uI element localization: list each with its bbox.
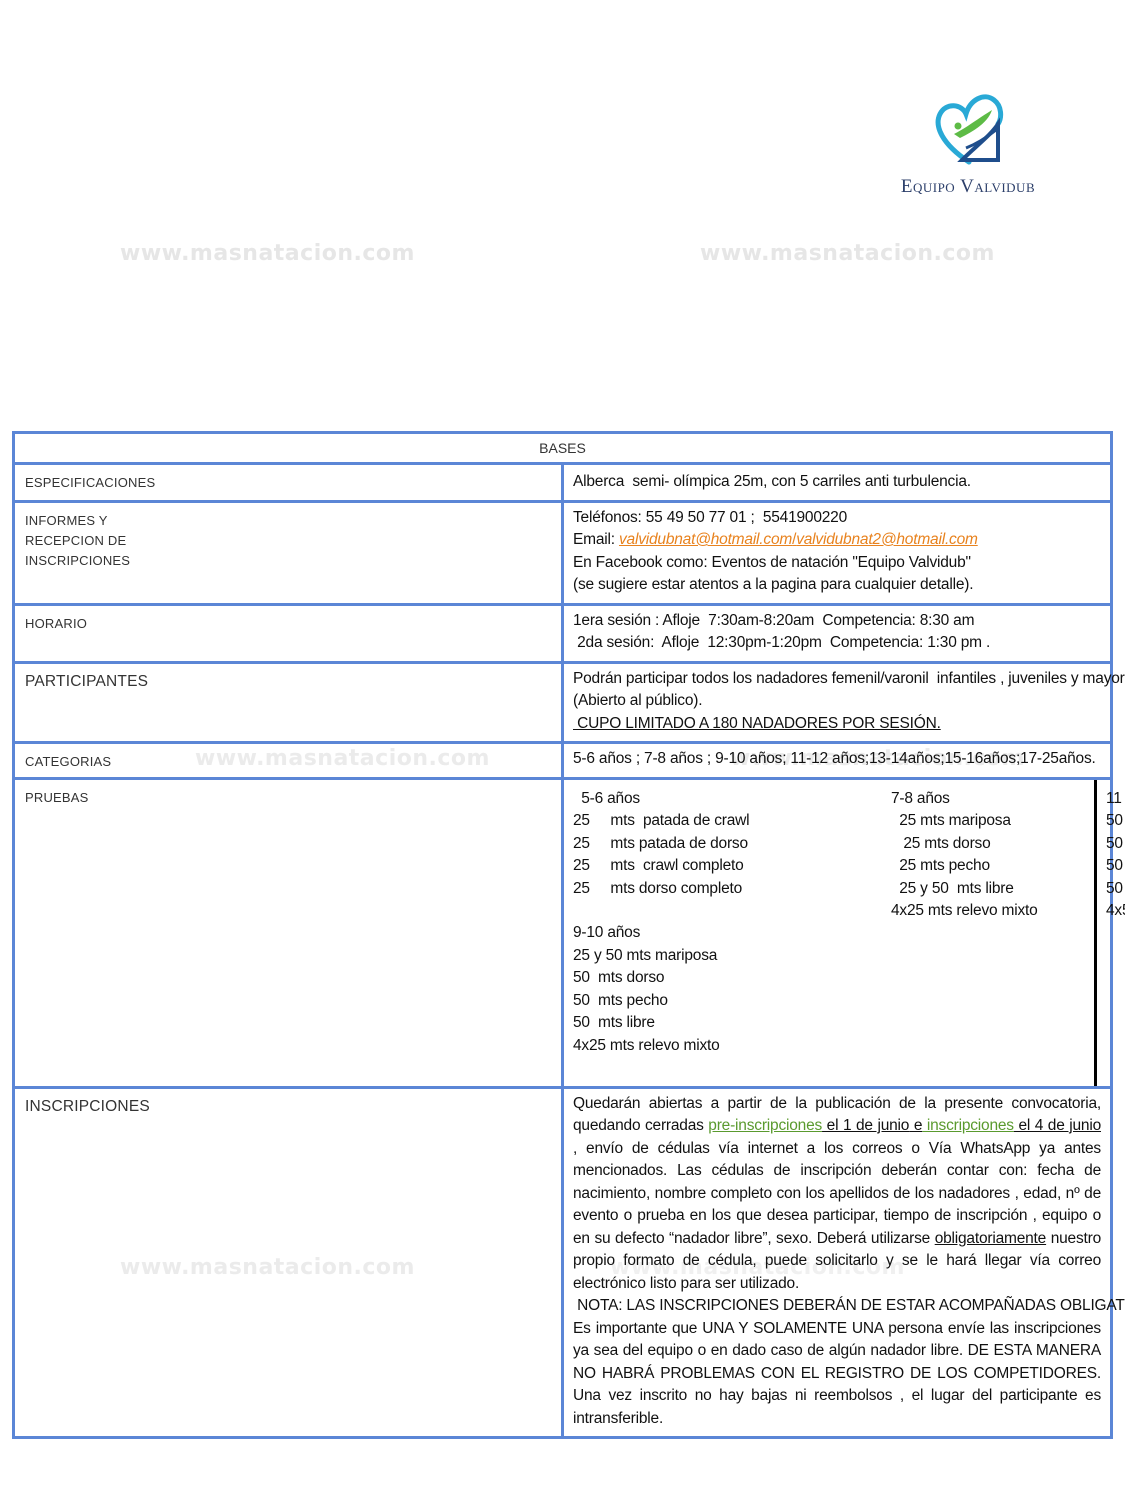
group-title: 5-6 años — [573, 788, 749, 811]
inscripciones-paragraph: Quedarán abiertas a partir de la publica… — [573, 1093, 1101, 1296]
participantes-line-2: (Abierto al público). — [573, 690, 1101, 713]
pruebas-grid: 5-6 años 25 mts patada de crawl 25 mts p… — [573, 784, 1101, 1080]
row-content: Alberca semi- olímpica 25m, con 5 carril… — [563, 464, 1112, 502]
event-item: 50 mts dorso — [573, 967, 749, 990]
row-content: 5-6 años 25 mts patada de crawl 25 mts p… — [563, 778, 1112, 1087]
table-row-inscripciones: INSCRIPCIONES Quedarán abiertas a partir… — [14, 1087, 1112, 1438]
group-title: 9-10 años — [573, 922, 749, 945]
event-item: 50 mts mariposa — [1106, 810, 1125, 833]
row-label: PRUEBAS — [14, 778, 563, 1087]
obligatoriamente: obligatoriamente — [935, 1230, 1046, 1247]
row-content: Teléfonos: 55 49 50 77 01 ; 5541900220 E… — [563, 501, 1112, 604]
row-label: CATEGORIAS — [14, 743, 563, 779]
pruebas-column: 7-8 años 25 mts mariposa 25 mts dorso 25… — [891, 788, 1038, 923]
fecha-cierre-pre: el 1 de junio — [822, 1117, 909, 1134]
phones-text: Teléfonos: 55 49 50 77 01 ; 5541900220 — [573, 507, 1101, 530]
column-divider — [1094, 780, 1097, 1086]
informes-note: (se sugiere estar atentos a la pagina pa… — [573, 574, 1101, 597]
email-label: Email: — [573, 531, 619, 548]
participantes-line-1: Podrán participar todos los nadadores fe… — [573, 668, 1101, 691]
event-item: 25 mts pecho — [891, 855, 1038, 878]
bases-table: BASES ESPECIFICACIONES Alberca semi- olí… — [12, 431, 1113, 1439]
label-line: RECEPCION DE — [25, 531, 551, 551]
equipo-valvidub-logo: Equipo Valvidub — [862, 72, 1074, 217]
event-item: 50 Y 100 mts libre — [1106, 878, 1125, 901]
table-row-horario: HORARIO 1era sesión : Afloje 7:30am-8:20… — [14, 604, 1112, 662]
event-item: 4x25 mts relevo mixto — [573, 1035, 749, 1058]
event-item: 25 mts crawl completo — [573, 855, 749, 878]
event-item: 25 mts mariposa — [891, 810, 1038, 833]
email-link-2[interactable]: valvidubnat2@hotmail.com — [796, 531, 978, 548]
row-label: INFORMES Y RECEPCION DE INSCRIPCIONES — [14, 501, 563, 604]
table-title: BASES — [14, 433, 1112, 464]
session-1: 1era sesión : Afloje 7:30am-8:20am Compe… — [573, 610, 1101, 633]
inscripciones-paragraph-2: Es importante que UNA Y SOLAMENTE UNA pe… — [573, 1318, 1101, 1431]
event-item: 4x50 mts relevo mixto — [1106, 900, 1125, 923]
facebook-text: En Facebook como: Eventos de natación "E… — [573, 552, 1101, 575]
inscripciones-link[interactable]: inscripciones — [922, 1117, 1014, 1134]
text-fragment: e — [909, 1117, 922, 1134]
row-content: 1era sesión : Afloje 7:30am-8:20am Compe… — [563, 604, 1112, 662]
email-line: Email: valvidubnat@hotmail.com/valvidubn… — [573, 529, 1101, 552]
event-item: 4x25 mts relevo mixto — [891, 900, 1038, 923]
row-content: Quedarán abiertas a partir de la publica… — [563, 1087, 1112, 1438]
watermark: www.masnatacion.com — [120, 241, 415, 266]
pruebas-group-9-10: 9-10 años 25 y 50 mts mariposa 50 mts do… — [573, 922, 749, 1057]
event-item: 25 mts dorso — [891, 833, 1038, 856]
event-item: 25 mts patada de dorso — [573, 833, 749, 856]
label-line: INSCRIPCIONES — [25, 551, 551, 571]
table-row-categorias: CATEGORIAS 5-6 años ; 7-8 años ; 9-10 añ… — [14, 743, 1112, 779]
table-row-pruebas: PRUEBAS 5-6 años 25 mts patada de crawl … — [14, 778, 1112, 1087]
label-line: INFORMES Y — [25, 511, 551, 531]
nota-pago: NOTA: LAS INSCRIPCIONES DEBERÁN DE ESTAR… — [573, 1295, 1101, 1318]
table-row-especificaciones: ESPECIFICACIONES Alberca semi- olímpica … — [14, 464, 1112, 502]
row-content: 5-6 años ; 7-8 años ; 9-10 años; 11-12 a… — [563, 743, 1112, 779]
event-item: 25 y 50 mts mariposa — [573, 945, 749, 968]
row-label: HORARIO — [14, 604, 563, 662]
email-link-1[interactable]: valvidubnat@hotmail.com — [619, 531, 792, 548]
cupo-limitado: CUPO LIMITADO A 180 NADADORES POR SESIÓN… — [573, 713, 1101, 736]
table-row-informes: INFORMES Y RECEPCION DE INSCRIPCIONES Te… — [14, 501, 1112, 604]
table-row-participantes: PARTICIPANTES Podrán participar todos lo… — [14, 662, 1112, 743]
event-item: 25 mts dorso completo — [573, 878, 749, 901]
pruebas-column: 5-6 años 25 mts patada de crawl 25 mts p… — [573, 788, 749, 1058]
session-2: 2da sesión: Afloje 12:30pm-1:20pm Compet… — [573, 632, 1101, 655]
event-item: 25 mts patada de crawl — [573, 810, 749, 833]
pre-inscripciones-link[interactable]: pre-inscripciones — [708, 1117, 822, 1134]
row-label: PARTICIPANTES — [14, 662, 563, 743]
event-item: 50 mts pecho — [573, 990, 749, 1013]
table-row: BASES — [14, 433, 1112, 464]
event-item: 25 y 50 mts libre — [891, 878, 1038, 901]
event-item: 50 mts pecho — [1106, 855, 1125, 878]
row-label: INSCRIPCIONES — [14, 1087, 563, 1438]
watermark: www.masnatacion.com — [700, 241, 995, 266]
row-label: ESPECIFICACIONES — [14, 464, 563, 502]
event-item: 50 mts libre — [573, 1012, 749, 1035]
logo-text: Equipo Valvidub — [862, 176, 1074, 198]
heart-swimmer-icon — [932, 84, 1006, 174]
row-content: Podrán participar todos los nadadores fe… — [563, 662, 1112, 743]
event-item: 50 mts dorso — [1106, 833, 1125, 856]
group-title: 11 y mayores — [1106, 788, 1125, 811]
group-title: 7-8 años — [891, 788, 1038, 811]
pruebas-column: 11 y mayores 50 mts mariposa 50 mts dors… — [1106, 788, 1125, 923]
categorias-text: 5-6 años ; 7-8 años ; 9-10 años; 11-12 a… — [573, 748, 1101, 771]
especificaciones-text: Alberca semi- olímpica 25m, con 5 carril… — [573, 471, 1101, 494]
